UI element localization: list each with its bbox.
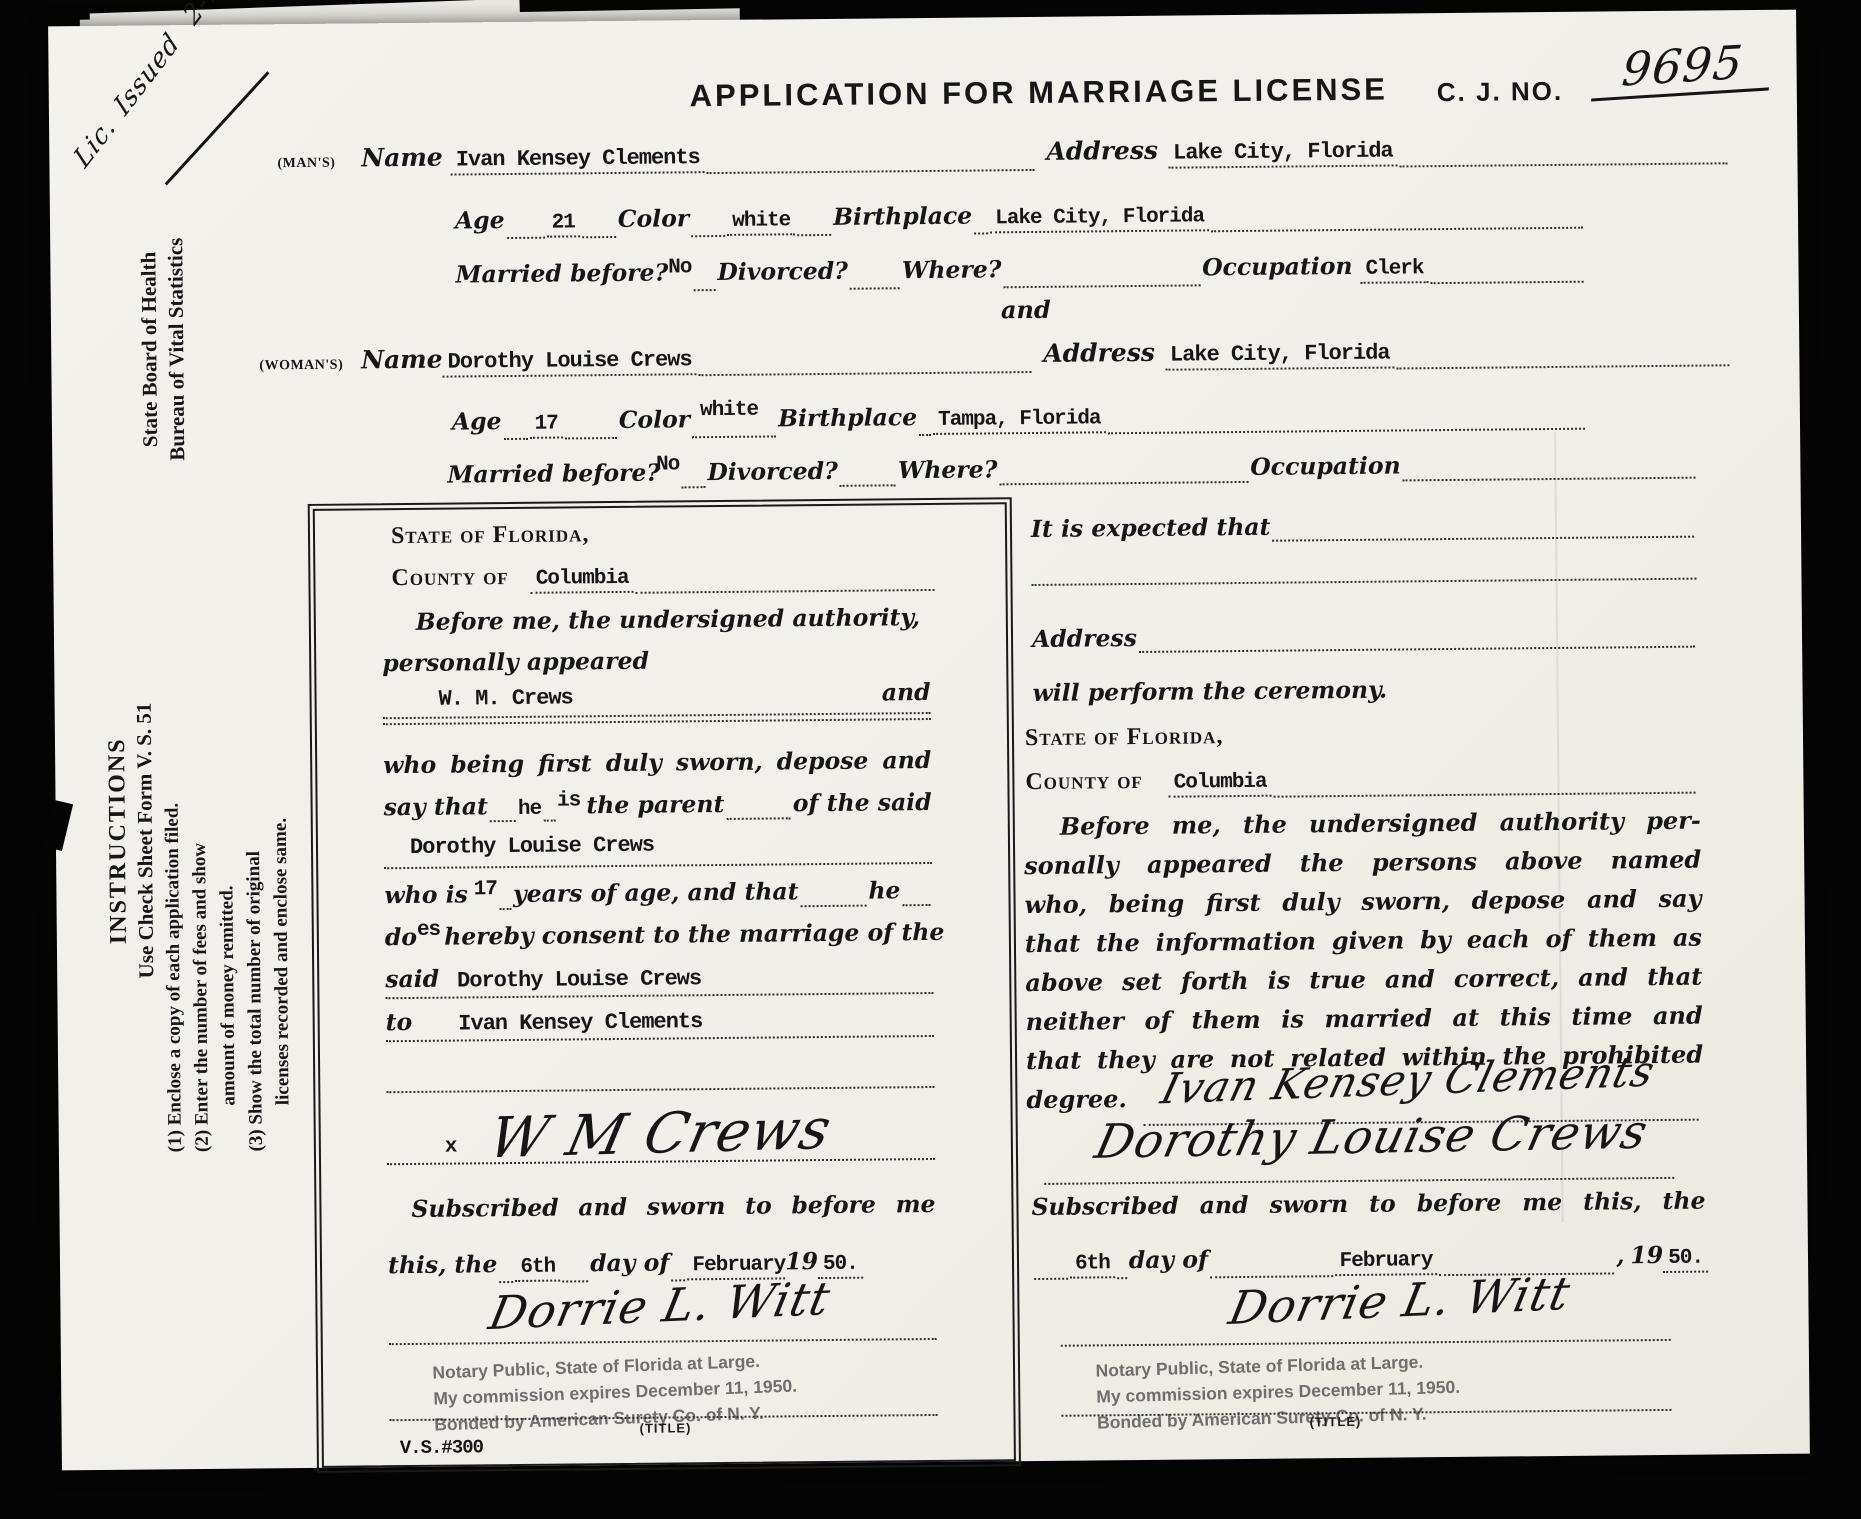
woman-address-value: Lake City, Florida [1165,341,1395,371]
consent-minor-row: Dorothy Louise Crews [384,830,932,869]
paragraph-line: who, being first duly sworn, depose and … [1024,884,1701,929]
affidavit-comma: , [1616,1241,1624,1269]
consent-said-row: said Dorothy Louise Crews [385,960,933,999]
consent-say-row: say that he is the parent of the said [383,788,931,822]
man-occupation-value: Clerk [1360,257,1428,284]
affidavit-state: State of Florida, [1025,723,1224,752]
dotted-line [1397,359,1730,369]
consent-said-label: said [385,965,439,994]
consent-subscribed-line: Subscribed and sworn to before me [411,1190,935,1223]
officiant-address-label: Address [1032,624,1137,653]
paragraph-line: sonally appeared the persons above named [1024,845,1701,890]
woman-signature-wrap: Dorothy Louise Crews [1044,1107,1699,1168]
woman-birthplace-label: Birthplace [778,403,917,432]
spacer [386,863,408,868]
consent-county-label: County of [391,564,509,592]
man-name-value: Ivan Kensey Clements [451,145,705,175]
man-birthplace-label: Birthplace [833,202,972,231]
affidavit-county-value: Columbia [1169,771,1272,798]
dotted-line [797,229,831,236]
woman-address-label: Address [1043,338,1155,368]
consent-signature: W M Crews [482,1097,837,1171]
dotted-line [504,433,528,440]
man-occupation-label: Occupation [1202,252,1353,281]
dotted-line [1044,1177,1674,1185]
dotted-line [694,284,716,291]
man-where-label: Where? [902,255,1002,284]
affidavit-year-print: 19 [1630,1241,1663,1269]
form-number: V.S.#300 [400,1436,483,1459]
man-name-row: (MAN'S) Name Ivan Kensey Clements Addres… [277,130,1729,177]
woman-married-value: No [656,453,679,476]
consent-age-pre: who is [384,880,468,909]
affidavit-date-of: day of [1129,1245,1209,1274]
woman-married-row: Married before? No Divorced? Where? Occu… [447,449,1697,490]
spacer [441,993,455,998]
consent-consent-row: do es hereby consent to the marriage of … [385,918,933,952]
affidavit-notary-signature: Dorrie L. Witt [1225,1266,1576,1335]
affidavit-notary-stamp: Notary Public, State of Florida at Large… [1095,1348,1461,1436]
dotted-line [801,900,867,908]
woman-color-label: Color [619,405,691,434]
affidavit-date-day: 6th [1070,1252,1115,1278]
consent-signature-row: x W M Crews [386,1096,935,1165]
corner-note-line2: Issued [109,27,186,122]
consent-and-word: and [882,678,931,706]
form-paper: Lic. Issued 2-11-50 State Board of Healt… [48,10,1810,1471]
woman-married-label: Married before? [447,459,660,489]
corner-note-line1: Lic. [69,111,122,175]
consent-age-mid: years of age, and that [513,877,799,908]
dotted-line [919,429,931,436]
dotted-line [999,476,1248,485]
dotted-line [699,366,1032,376]
affidavit-subscribed-line: Subscribed and sworn to before me this, … [1031,1187,1705,1221]
dotted-line [1139,641,1695,653]
consent-county-row: County of Columbia [391,560,936,595]
consent-age-row: who is 17 years of age, and that he [384,876,932,910]
officiant-address-row: Address [1032,619,1697,653]
consent-said-value: Dorothy Louise Crews [457,966,701,993]
man-section-label: (MAN'S) [277,156,335,173]
woman-age-label: Age [452,407,502,435]
perform-label: will perform the ceremony. [1032,676,1387,707]
consent-say-pre: say that [383,792,488,821]
dotted-line [974,227,988,234]
man-color-label: Color [618,204,690,233]
dotted-line [565,432,617,439]
consent-say-he: he [518,798,541,821]
affidavit-title-label: (TITLE) [1309,1414,1361,1429]
consent-do: do [385,923,417,951]
agency-block: State Board of Health Bureau of Vital St… [135,199,202,500]
man-age-label: Age [455,206,505,234]
consent-say-mid: the parent [586,790,724,819]
affidavit-year-typed: 50. [1663,1247,1708,1273]
dotted-line [499,903,511,910]
dotted-line [1273,531,1695,542]
dotted-line [1274,787,1696,798]
spacer [385,713,437,718]
instruction-item: licenses recorded and enclose same. [264,527,297,1151]
consent-appeared-row: W. M. Crews and [382,678,930,719]
paragraph-line: that the information given by each of th… [1025,923,1702,968]
corner-note: Lic. Issued 2-11-50 [67,0,266,172]
consent-sworn-line: who being first duly sworn, depose and [383,746,931,779]
consent-county-value: Columbia [531,567,634,594]
consent-intro-line1: Before me, the undersigned authority, [416,603,920,636]
dotted-line [1117,1272,1127,1279]
dotted-line [681,481,705,488]
consent-age-he: he [868,876,900,904]
affidavit-county-row: County of Columbia [1025,763,1697,799]
dotted-line [1061,1339,1671,1347]
dotted-line [1004,279,1201,288]
man-address-value: Lake City, Florida [1168,138,1398,168]
consent-title-label: (TITLE) [640,1420,692,1435]
consent-es: es [417,919,440,942]
consent-say-is: is [557,789,580,812]
woman-name-label: Name [361,345,443,375]
consent-notary-signature-wrap: Dorrie L. Witt [400,1276,920,1335]
woman-age-value: 17 [529,413,562,439]
cj-number-label: C. J. NO. [1437,76,1564,108]
man-age-row: Age 21 Color white Birthplace Lake City,… [455,196,1585,239]
woman-birthplace-value: Tampa, Florida [933,407,1106,435]
dotted-line [1108,423,1585,435]
consent-notary-stamp: Notary Public, State of Florida at Large… [432,1347,798,1438]
dotted-line [691,230,725,237]
consent-appeared-value: W. M. Crews [438,685,572,711]
dotted-line [1431,276,1584,284]
consent-date-of: day of [590,1249,670,1278]
dotted-line [1400,157,1728,167]
consent-date-pre: this, the [388,1250,498,1279]
woman-where-label: Where? [898,455,998,484]
dotted-line [903,899,931,906]
dotted-line [543,815,555,822]
consent-age-value: 17 [474,878,497,901]
dotted-line [507,232,545,239]
woman-divorced-label: Divorced? [707,457,838,486]
consent-rest: hereby consent to the marriage of the [444,918,944,951]
agency-line1: State Board of Health [135,199,165,499]
paper-tear [42,800,73,851]
cj-number-value: 9695 [1591,33,1774,101]
woman-age-row: Age 17 Color white Birthplace Tampa, Flo… [452,397,1587,440]
dotted-line [707,164,1035,174]
man-address-label: Address [1046,136,1158,166]
woman-occupation-label: Occupation [1250,451,1401,480]
dotted-line [1034,1273,1068,1280]
woman-signature: Dorothy Louise Crews [1090,1105,1653,1170]
expected-label: It is expected that [1031,513,1271,543]
man-color-value: white [727,209,795,236]
woman-color-value: white [700,399,758,423]
consent-say-post: of the said [793,788,932,817]
instructions-block: INSTRUCTIONS Use Check Sheet Form V. S. … [102,527,314,1153]
consent-to-label: to [386,1008,413,1036]
dotted-line [850,282,900,289]
dotted-line [1403,472,1696,482]
dotted-line [840,479,896,487]
consent-to-row: to Ivan Kensey Clements [386,1003,934,1042]
affidavit-county-label: County of [1025,768,1143,796]
dotted-line [1032,578,1697,586]
consent-notary-signature: Dorrie L. Witt [485,1271,836,1340]
paragraph-line: Before me, the undersigned authority per… [1024,806,1701,851]
corner-note-slash [165,71,270,185]
consent-state: State of Florida, [391,521,590,550]
connector-and: and [1001,295,1051,324]
paragraph-line: above set forth is true and correct, and… [1025,962,1702,1007]
form-title: APPLICATION FOR MARRIAGE LICENSE [669,71,1409,114]
affidavit-notary-signature-wrap: Dorrie L. Witt [1150,1271,1650,1330]
consent-minor-name: Dorothy Louise Crews [410,833,654,860]
agency-line2: Bureau of Vital Statistics [162,199,192,499]
man-age-value: 21 [547,211,580,237]
spacer [414,1036,456,1041]
man-married-value: No [668,256,691,279]
man-divorced-label: Divorced? [717,257,848,286]
dotted-line: white [692,430,776,438]
woman-name-row: (WOMAN'S) Name Dorothy Louise Crews Addr… [259,332,1731,379]
scanned-document: Lic. Issued 2-11-50 State Board of Healt… [0,0,1861,1519]
man-married-label: Married before? [455,258,668,288]
dotted-line [726,812,790,820]
man-birthplace-value: Lake City, Florida [990,205,1209,233]
man-name-label: Name [361,143,443,173]
signature-x-mark: x [445,1136,457,1159]
paragraph-line: neither of them is married at this time … [1026,1001,1703,1046]
woman-section-label: (WOMAN'S) [259,358,343,375]
dotted-line [1211,222,1583,233]
dotted-line [582,231,616,238]
consent-date-day: 6th [515,1256,560,1282]
consent-intro-line2: personally appeared [382,647,649,678]
dotted-line [490,815,516,822]
consent-to-value: Ivan Kensey Clements [458,1009,702,1036]
expected-row: It is expected that [1031,509,1696,543]
woman-name-value: Dorothy Louise Crews [442,347,696,377]
man-married-row: Married before? No Divorced? Where? Occu… [455,250,1585,293]
